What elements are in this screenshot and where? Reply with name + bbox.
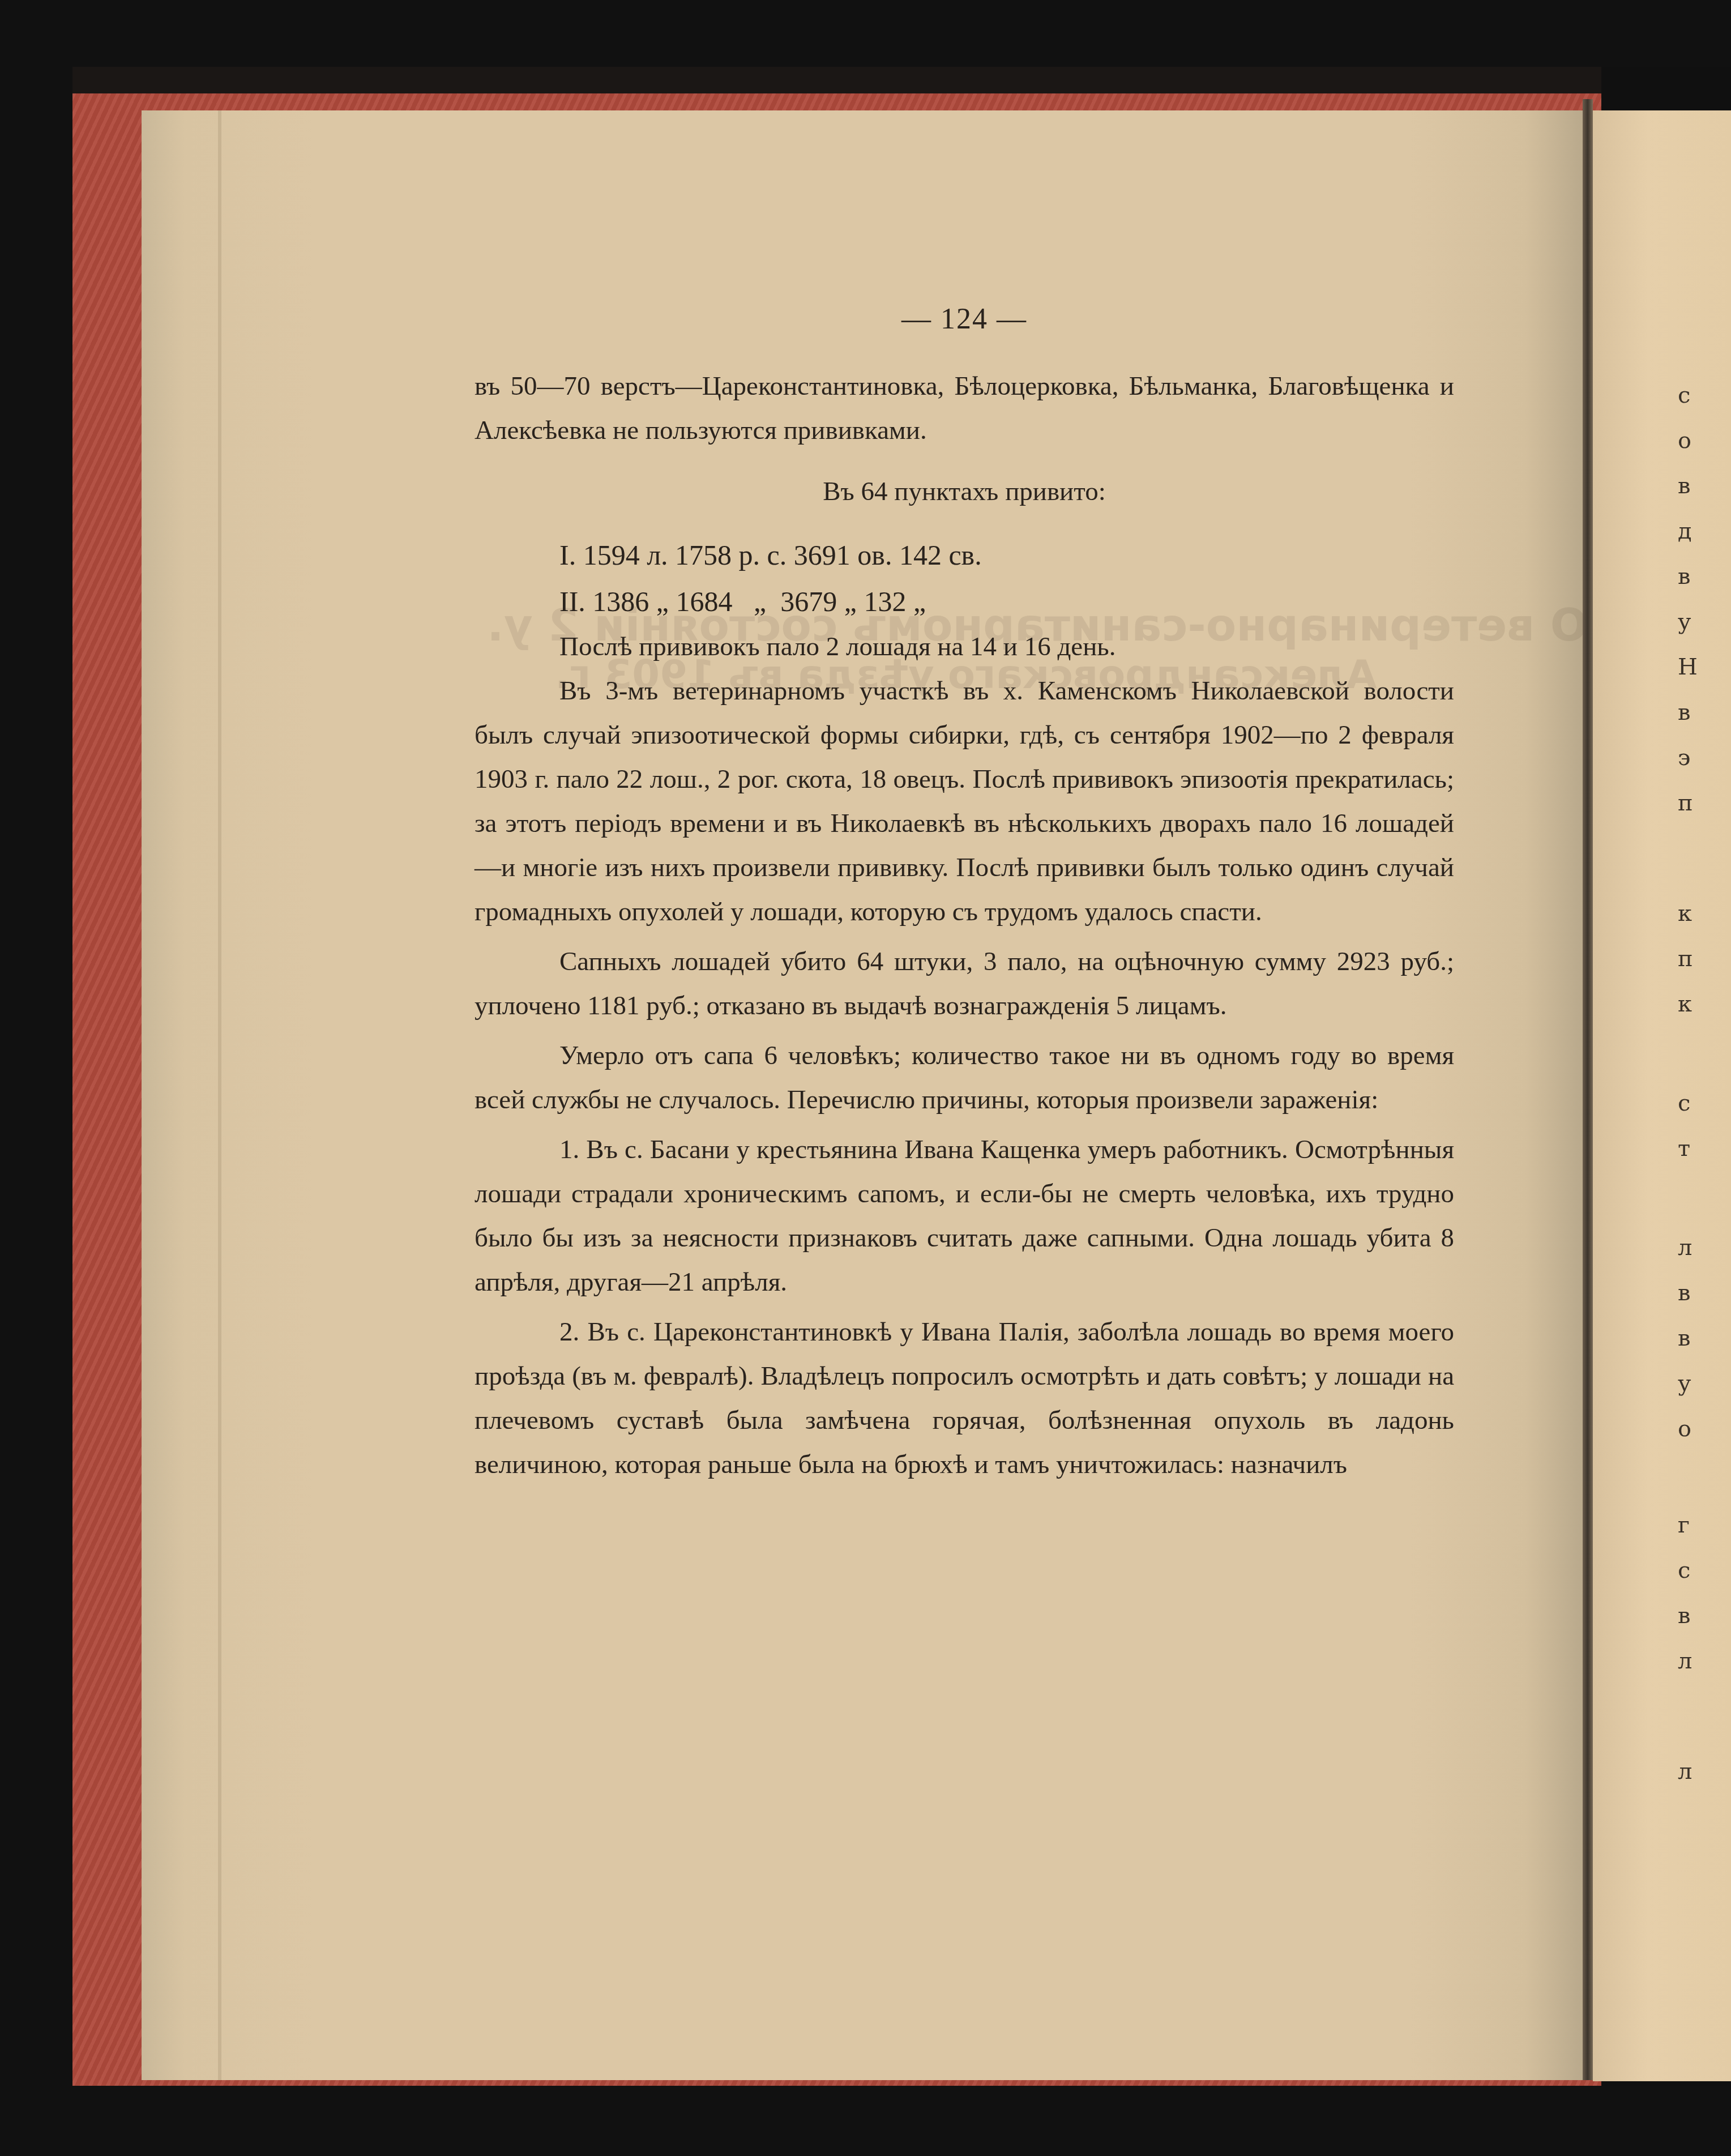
- next-page-letter: к: [1678, 991, 1694, 1017]
- next-page-letter: в: [1678, 473, 1693, 499]
- book-spine: [1583, 99, 1593, 2080]
- next-page-letter: л: [1678, 1235, 1694, 1261]
- page-number: — 124 —: [475, 297, 1454, 341]
- next-page-letter: в: [1678, 1603, 1693, 1629]
- page-text: — 124 — въ 50—70 верстъ—Цареконстантинов…: [475, 297, 1454, 1487]
- next-page-letter: в: [1678, 1325, 1693, 1351]
- next-page-letter: с: [1678, 382, 1692, 408]
- list-item-2: 2. Въ с. Цареконстантиновкѣ у Ивана Палі…: [475, 1310, 1454, 1487]
- next-page-letter: о: [1678, 428, 1694, 454]
- section-heading: Въ 64 пунктахъ привито:: [475, 469, 1454, 514]
- next-page-letter: т: [1678, 1135, 1692, 1162]
- next-page-letter: п: [1678, 946, 1695, 972]
- next-page-letter: в: [1678, 1280, 1693, 1306]
- next-page-letter: к: [1678, 900, 1694, 927]
- next-page-letter: в: [1678, 699, 1693, 725]
- next-page-letter: с: [1678, 1557, 1692, 1583]
- list-item-1: 1. Въ с. Басани у крестьянина Ивана Каще…: [475, 1128, 1454, 1304]
- next-page-letter: л: [1678, 1648, 1694, 1674]
- stats-line-2: II. 1386 „ 1684 „ 3679 „ 132 „: [559, 578, 1454, 625]
- next-page-letter: у: [1678, 1371, 1694, 1397]
- next-page-letter: Н: [1678, 654, 1700, 680]
- paragraph: Умерло отъ сапа 6 человѣкъ; количество т…: [475, 1034, 1454, 1122]
- paragraph: Сапныхъ лошадей убито 64 штуки, 3 пало, …: [475, 940, 1454, 1028]
- paragraph: Въ 3-мъ ветеринарномъ участкѣ въ х. Каме…: [475, 669, 1454, 934]
- next-page-letter: о: [1678, 1416, 1694, 1442]
- next-page-letter: д: [1678, 518, 1694, 544]
- next-page-letter: э: [1678, 745, 1692, 771]
- paragraph: Послѣ прививокъ пало 2 лошадя на 14 и 16…: [559, 625, 1454, 669]
- next-page-edge: совдвуНвэпкпкстлввуогсвлл: [1593, 110, 1731, 2081]
- stats-line-1: I. 1594 л. 1758 р. с. 3691 ов. 142 св.: [559, 532, 1454, 578]
- cover-top-edge: [72, 67, 1601, 95]
- next-page-letter: г: [1678, 1512, 1692, 1538]
- next-page-letter: в: [1678, 563, 1693, 590]
- next-page-letter: с: [1678, 1090, 1692, 1116]
- paragraph: въ 50—70 верстъ—Цареконстантиновка, Бѣло…: [475, 364, 1454, 452]
- next-page-letter: у: [1678, 609, 1694, 635]
- page-fold-line: [218, 110, 221, 2080]
- next-page-letter: л: [1678, 1758, 1694, 1784]
- next-page-letter: п: [1678, 790, 1695, 816]
